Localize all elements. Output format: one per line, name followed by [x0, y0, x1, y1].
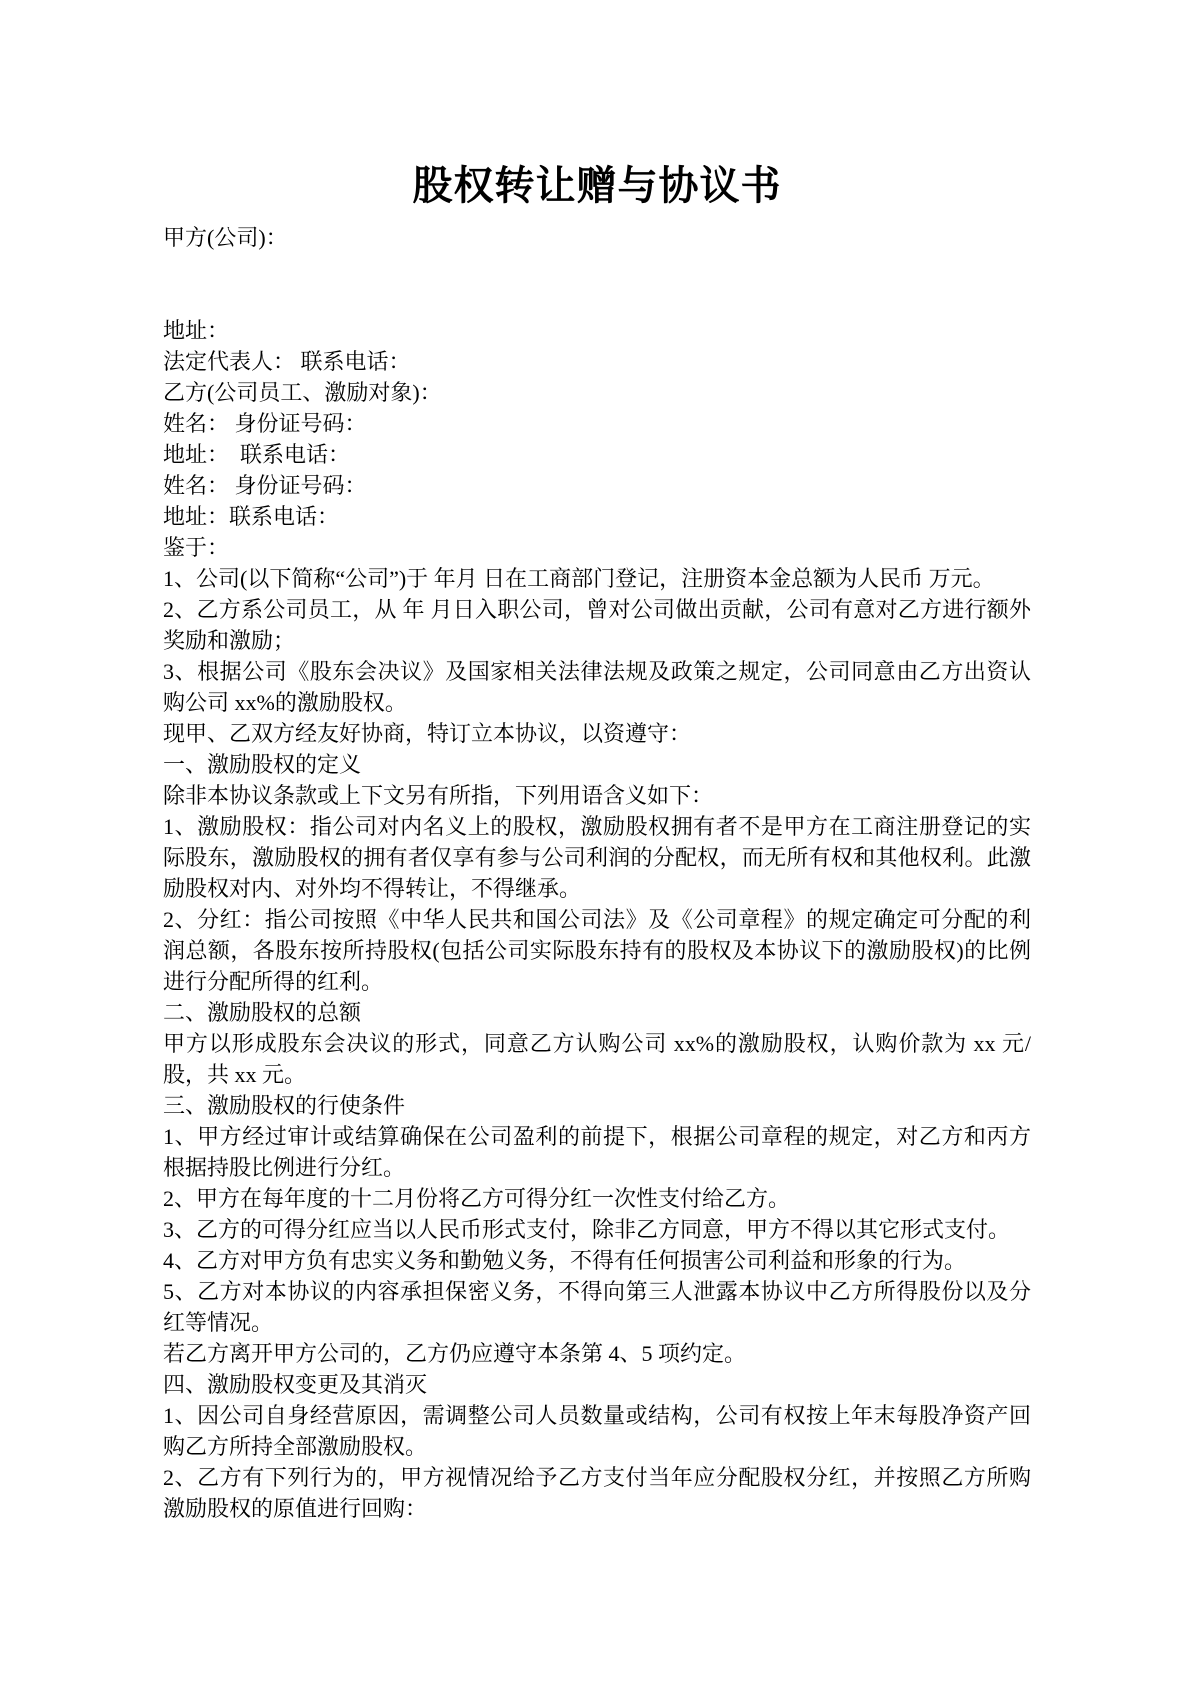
- section-3-item-5: 5、乙方对本协议的内容承担保密义务，不得向第三人泄露本协议中乙方所得股份以及分红…: [163, 1276, 1031, 1338]
- document-title: 股权转让赠与协议书: [163, 161, 1031, 210]
- party-a-address-line: 地址：: [163, 315, 1031, 346]
- whereas-label: 鉴于：: [163, 532, 1031, 563]
- legal-representative-line: 法定代表人： 联系电话：: [163, 346, 1031, 377]
- section-2-body: 甲方以形成股东会决议的形式，同意乙方认购公司 xx%的激励股权，认购价款为 xx…: [163, 1028, 1031, 1090]
- party-b-label: 乙方(公司员工、激励对象)：: [163, 377, 1031, 408]
- section-4-item-2: 2、乙方有下列行为的，甲方视情况给予乙方支付当年应分配股权分红，并按照乙方所购激…: [163, 1462, 1031, 1524]
- recital-item-3: 3、根据公司《股东会决议》及国家相关法律法规及政策之规定，公司同意由乙方出资认购…: [163, 656, 1031, 718]
- section-4-heading: 四、激励股权变更及其消灭: [163, 1369, 1031, 1400]
- section-2-heading: 二、激励股权的总额: [163, 997, 1031, 1028]
- party-b-address-phone-line-2: 地址：联系电话：: [163, 501, 1031, 532]
- agreement-statement: 现甲、乙双方经友好协商，特订立本协议，以资遵守：: [163, 718, 1031, 749]
- blank-lines: [163, 253, 1031, 315]
- party-a-label: 甲方(公司)：: [163, 222, 1031, 253]
- section-3-item-1: 1、甲方经过审计或结算确保在公司盈利的前提下，根据公司章程的规定，对乙方和丙方根…: [163, 1121, 1031, 1183]
- party-b-name-id-line-1: 姓名： 身份证号码：: [163, 408, 1031, 439]
- definition-item-1: 1、激励股权：指公司对内名义上的股权，激励股权拥有者不是甲方在工商注册登记的实际…: [163, 811, 1031, 904]
- document-body: 甲方(公司)： 地址： 法定代表人： 联系电话： 乙方(公司员工、激励对象)： …: [163, 222, 1031, 1524]
- section-3-note: 若乙方离开甲方公司的，乙方仍应遵守本条第 4、5 项约定。: [163, 1338, 1031, 1369]
- party-b-address-phone-line-1: 地址： 联系电话：: [163, 439, 1031, 470]
- section-3-item-3: 3、乙方的可得分红应当以人民币形式支付，除非乙方同意，甲方不得以其它形式支付。: [163, 1214, 1031, 1245]
- party-b-name-id-line-2: 姓名： 身份证号码：: [163, 470, 1031, 501]
- section-3-item-4: 4、乙方对甲方负有忠实义务和勤勉义务，不得有任何损害公司利益和形象的行为。: [163, 1245, 1031, 1276]
- section-4-item-1: 1、因公司自身经营原因，需调整公司人员数量或结构，公司有权按上年末每股净资产回购…: [163, 1400, 1031, 1462]
- definitions-intro: 除非本协议条款或上下文另有所指，下列用语含义如下：: [163, 780, 1031, 811]
- definition-item-2: 2、分红：指公司按照《中华人民共和国公司法》及《公司章程》的规定确定可分配的利润…: [163, 904, 1031, 997]
- recital-item-1: 1、公司(以下简称“公司”)于 年月 日在工商部门登记，注册资本金总额为人民币 …: [163, 563, 1031, 594]
- section-3-heading: 三、激励股权的行使条件: [163, 1090, 1031, 1121]
- section-3-item-2: 2、甲方在每年度的十二月份将乙方可得分红一次性支付给乙方。: [163, 1183, 1031, 1214]
- document-page: 股权转让赠与协议书 甲方(公司)： 地址： 法定代表人： 联系电话： 乙方(公司…: [0, 0, 1190, 1683]
- section-1-heading: 一、激励股权的定义: [163, 749, 1031, 780]
- recital-item-2: 2、乙方系公司员工，从 年 月日入职公司，曾对公司做出贡献，公司有意对乙方进行额…: [163, 594, 1031, 656]
